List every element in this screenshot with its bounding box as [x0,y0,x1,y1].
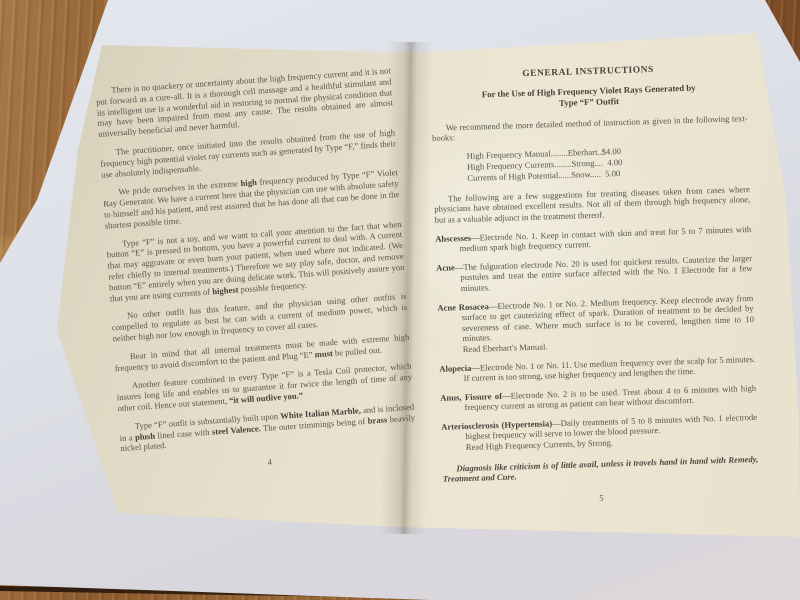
paragraph: Type “F” is not a toy, and we want to ca… [106,219,406,304]
treatment-entry: Anus, Fissure of—Electrode No. 2 is to b… [440,383,757,414]
entry-body: The fulguration electrode No. 20 is used… [460,253,752,293]
entry-term: Acne [436,262,455,273]
entry-note: Read Eberhart's Manual. [463,335,755,355]
left-page-paragraphs: There is no quackery or uncertainty abou… [95,65,416,454]
treatment-entry: Arteriosclerosis (Hypertensia)—Daily tre… [441,412,758,454]
photo-of-open-booklet: There is no quackery or uncertainty abou… [0,0,800,600]
textbook-price-list: High Frequency Manual........Eberhart..$… [466,142,749,184]
suggestions-paragraph: The following are a few suggestions for … [434,184,751,226]
entry-body: Electrode No. 1 or No. 11. Use medium fr… [463,353,755,383]
entry-separator: — [552,418,561,428]
entry-separator: — [471,362,480,372]
entry-term: Alopecia [439,362,471,373]
recommendation-paragraph: We recommend the more detailed method of… [432,113,749,144]
treatment-entry: Acne Rosacea—Electrode No. 1 or No. 2. M… [437,292,755,355]
entry-term: Abscesses [435,232,471,243]
treatment-entry: Alopecia—Electrode No. 1 or No. 11. Use … [439,353,756,384]
treatment-entry: Acne—The fulguration electrode No. 20 is… [436,253,753,295]
entry-separator: — [489,301,498,311]
treatment-entry: Abscesses—Electrode No. 1. Keep in conta… [435,224,752,255]
closing-aphorism: Diagnosis like criticism is of little av… [442,454,759,485]
entry-body: Electrode No. 1. Keep in contact with sk… [459,224,751,254]
treatment-entries: Abscesses—Electrode No. 1. Keep in conta… [435,224,758,454]
left-page-text: There is no quackery or uncertainty abou… [95,65,418,478]
right-page-text: GENERAL INSTRUCTIONS For the Use of High… [430,62,760,508]
